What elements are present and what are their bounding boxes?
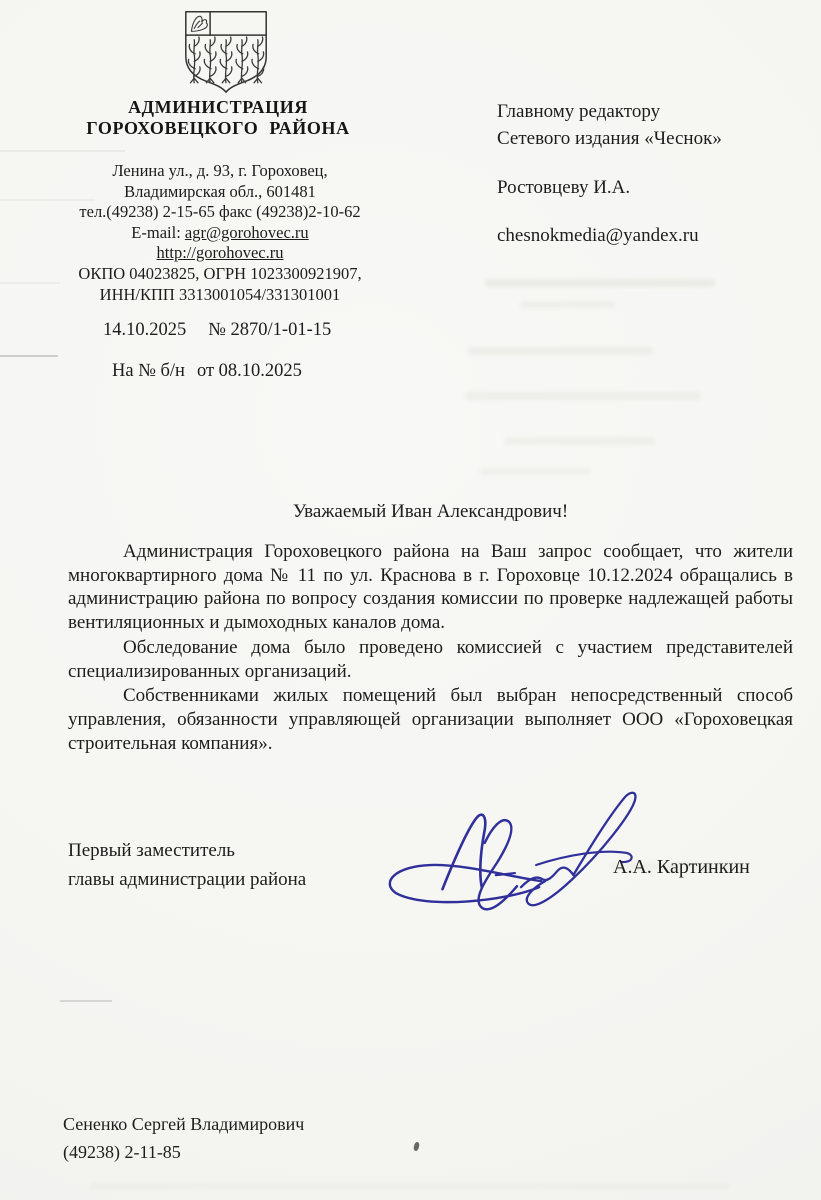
gorokhovets-coat-of-arms-icon <box>176 8 276 94</box>
org-inn-kpp: ИНН/КПП 3313001054/331301001 <box>50 285 390 306</box>
bleedthrough-smudge <box>505 437 655 445</box>
recipient-email: chesnokmedia@yandex.ru <box>497 222 797 249</box>
organization-contact-block: Ленина ул., д. 93, г. Гороховец, Владими… <box>50 161 390 305</box>
recipient-position: Главному редактору <box>497 98 797 125</box>
signer-title: Первый заместитель главы администрации р… <box>68 836 306 894</box>
scan-streak <box>0 150 125 152</box>
letter-date: 14.10.2025 <box>103 320 186 340</box>
body-paragraph-2: Обследование дома было проведено комисси… <box>68 636 793 683</box>
reply-reference-line: На № б/нот 08.10.2025 <box>112 359 331 383</box>
org-street-address: Ленина ул., д. 93, г. Гороховец, <box>50 161 390 182</box>
signer-name: А.А. Картинкин <box>613 856 750 879</box>
org-name-line2: ГОРОХОВЕЦКОГО РАЙОНА <box>53 118 383 139</box>
ink-speck <box>413 1142 420 1152</box>
org-phone-fax: тел.(49238) 2-15-65 факс (49238)2-10-62 <box>50 202 390 223</box>
org-website: http://gorohovec.ru <box>50 243 390 264</box>
body-paragraph-1: Администрация Гороховецкого района на Ва… <box>68 540 793 635</box>
executor-name: Сененко Сергей Владимирович <box>63 1110 304 1138</box>
bleedthrough-smudge <box>90 1183 730 1189</box>
org-name-line1: АДМИНИСТРАЦИЯ <box>53 97 383 118</box>
organization-name: АДМИНИСТРАЦИЯ ГОРОХОВЕЦКОГО РАЙОНА <box>53 97 383 139</box>
org-region-postcode: Владимирская обл., 601481 <box>50 182 390 203</box>
scan-streak <box>60 1000 112 1002</box>
bleedthrough-smudge <box>480 468 590 475</box>
recipient-organization: Сетевого издания «Чеснок» <box>497 125 797 152</box>
org-email: agr@gorohovec.ru <box>185 223 309 242</box>
recipient-name: Ростовцеву И.А. <box>497 174 797 201</box>
recipient-block: Главному редактору Сетевого издания «Чес… <box>497 98 797 249</box>
scan-streak <box>0 355 58 357</box>
org-okpo-ogrn: ОКПО 04023825, ОГРН 1023300921907, <box>50 264 390 285</box>
bleedthrough-smudge <box>520 301 615 308</box>
body-paragraph-3: Собственниками жилых помещений был выбра… <box>68 684 793 755</box>
executor-block: Сененко Сергей Владимирович (49238) 2-11… <box>63 1110 304 1166</box>
org-email-line: E-mail: agr@gorohovec.ru <box>50 223 390 244</box>
reply-date: от 08.10.2025 <box>197 361 302 381</box>
executor-phone: (49238) 2-11-85 <box>63 1138 304 1166</box>
bleedthrough-smudge <box>465 392 700 400</box>
signer-title-line1: Первый заместитель <box>68 836 306 865</box>
outgoing-reference-line: 14.10.2025№ 2870/1-01-15 <box>103 318 331 342</box>
signer-title-line2: главы администрации района <box>68 865 306 894</box>
letter-body: Администрация Гороховецкого района на Ва… <box>68 540 793 755</box>
bleedthrough-smudge <box>468 347 653 355</box>
letter-number: № 2870/1-01-15 <box>208 320 331 340</box>
reference-block: 14.10.2025№ 2870/1-01-15 На № б/нот 08.1… <box>103 318 331 383</box>
scanned-letter-page: АДМИНИСТРАЦИЯ ГОРОХОВЕЦКОГО РАЙОНА Ленин… <box>0 0 821 1200</box>
reply-number: На № б/н <box>112 361 185 381</box>
email-label: E-mail: <box>131 223 185 242</box>
bleedthrough-smudge <box>485 279 715 287</box>
salutation: Уважаемый Иван Александрович! <box>68 501 793 523</box>
